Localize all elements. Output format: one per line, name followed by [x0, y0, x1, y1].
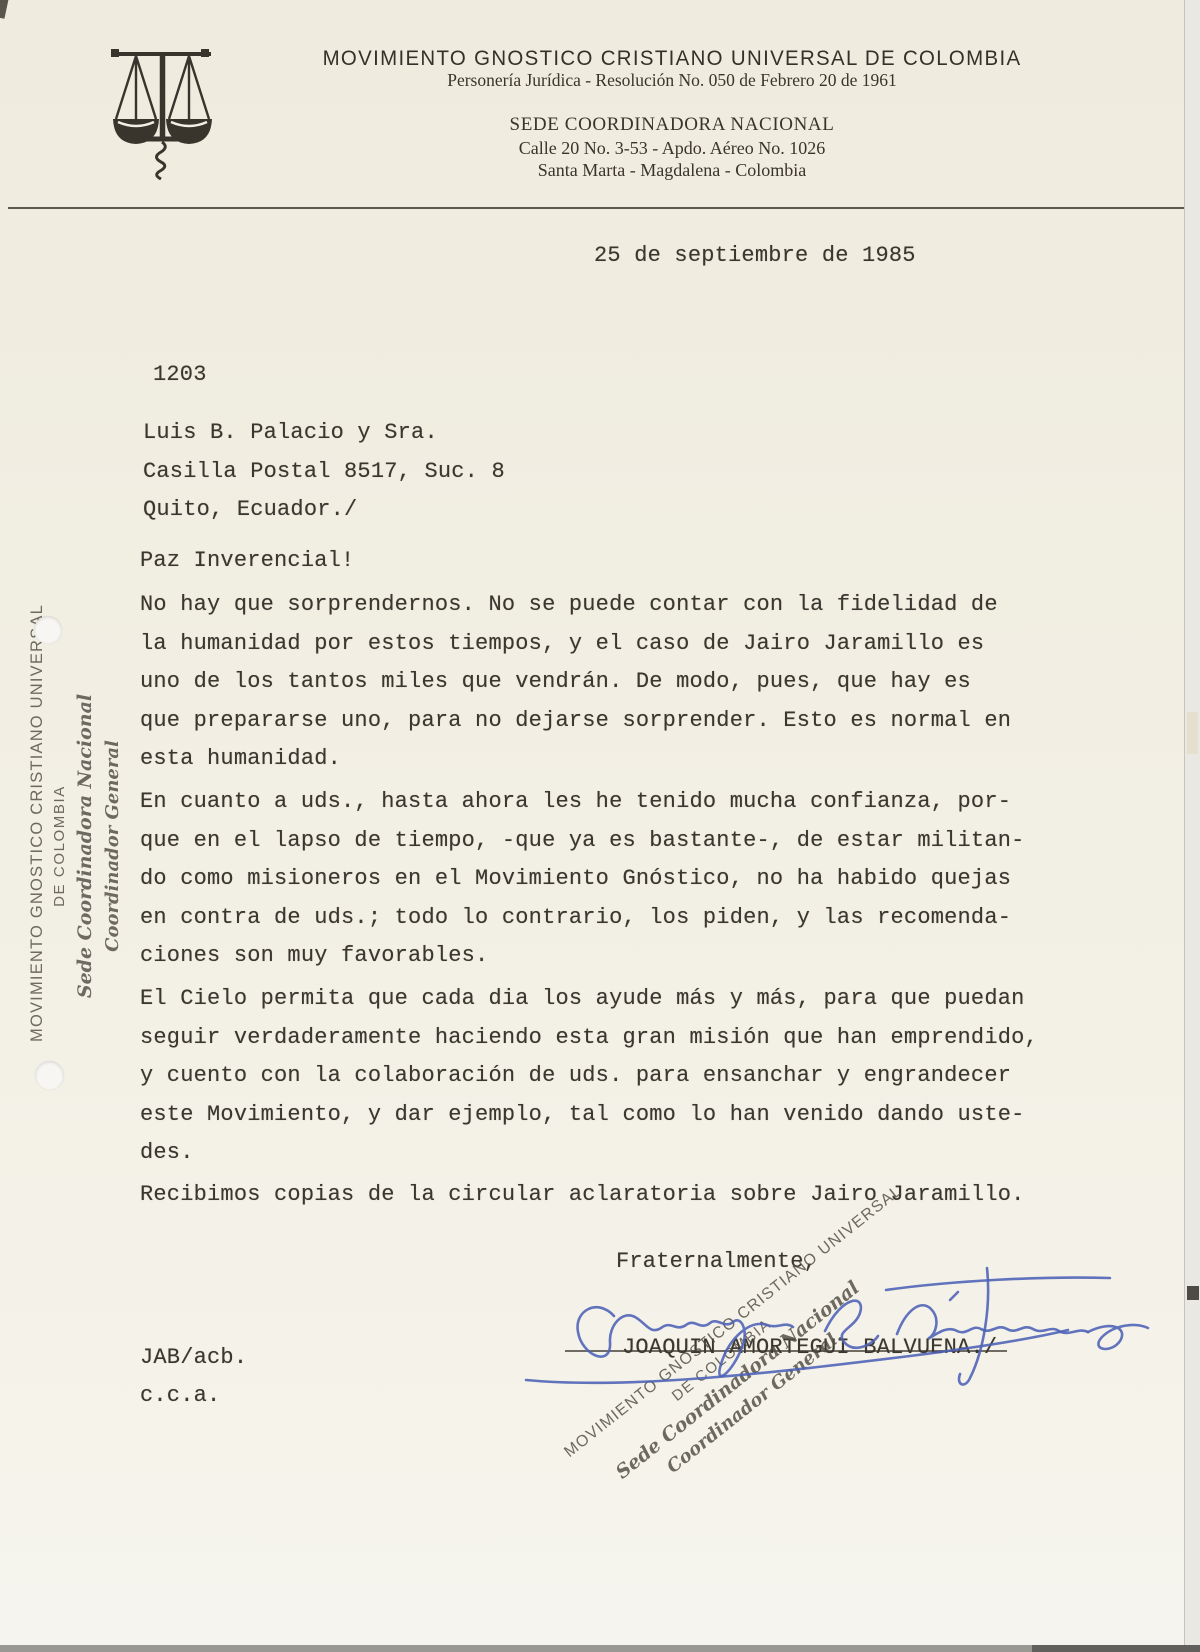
recipient-block: Luis B. Palacio y Sra. Casilla Postal 85… [143, 414, 505, 530]
corner-mark [0, 0, 9, 19]
address-line: Calle 20 No. 3-53 - Apdo. Aéreo No. 1026 [272, 138, 1072, 159]
salutation: Paz Inverencial! [140, 548, 354, 574]
paragraph-3: El Cielo permita que cada dia los ayude … [140, 980, 1038, 1173]
paragraph-1: No hay que sorprendernos. No se puede co… [140, 586, 1011, 779]
date-line: 25 de septiembre de 1985 [594, 243, 916, 269]
org-name: MOVIMIENTO GNOSTICO CRISTIANO UNIVERSAL … [292, 46, 1052, 71]
copy-notation: c.c.a. [140, 1383, 220, 1409]
hole-punch-bottom [35, 1061, 64, 1090]
scan-edge-bottom [0, 1645, 1200, 1652]
side-stamp-line-2: DE COLOMBIA [48, 650, 72, 1042]
side-stamp-line-3: Sede Coordinadora Nacional [72, 650, 99, 1042]
office-line: SEDE COORDINADORA NACIONAL [272, 114, 1072, 136]
scan-edge-right [1184, 0, 1200, 1652]
hole-punch-top [34, 616, 62, 644]
reference-number: 1203 [153, 362, 207, 388]
letterhead-divider-rule [8, 207, 1192, 209]
handwritten-signature [480, 1238, 1160, 1398]
scanned-letter-page: MOVIMIENTO GNOSTICO CRISTIANO UNIVERSAL … [0, 0, 1200, 1652]
side-stamp-line-1: MOVIMIENTO GNOSTICO CRISTIANO UNIVERSAL [26, 650, 48, 1042]
paragraph-2: En cuanto a uds., hasta ahora les he ten… [140, 783, 1025, 976]
scan-edge-mark [1187, 1286, 1199, 1300]
location-line: Santa Marta - Magdalena - Colombia [272, 160, 1072, 181]
scales-of-justice-logo-icon [100, 40, 225, 180]
scan-edge-smudge [1187, 712, 1198, 754]
side-margin-stamp: MOVIMIENTO GNOSTICO CRISTIANO UNIVERSAL … [26, 650, 126, 1042]
legal-line: Personería Jurídica - Resolución No. 050… [272, 70, 1072, 91]
typist-initials: JAB/acb. [140, 1345, 247, 1371]
side-stamp-line-4: Coordinador General [99, 650, 126, 1042]
